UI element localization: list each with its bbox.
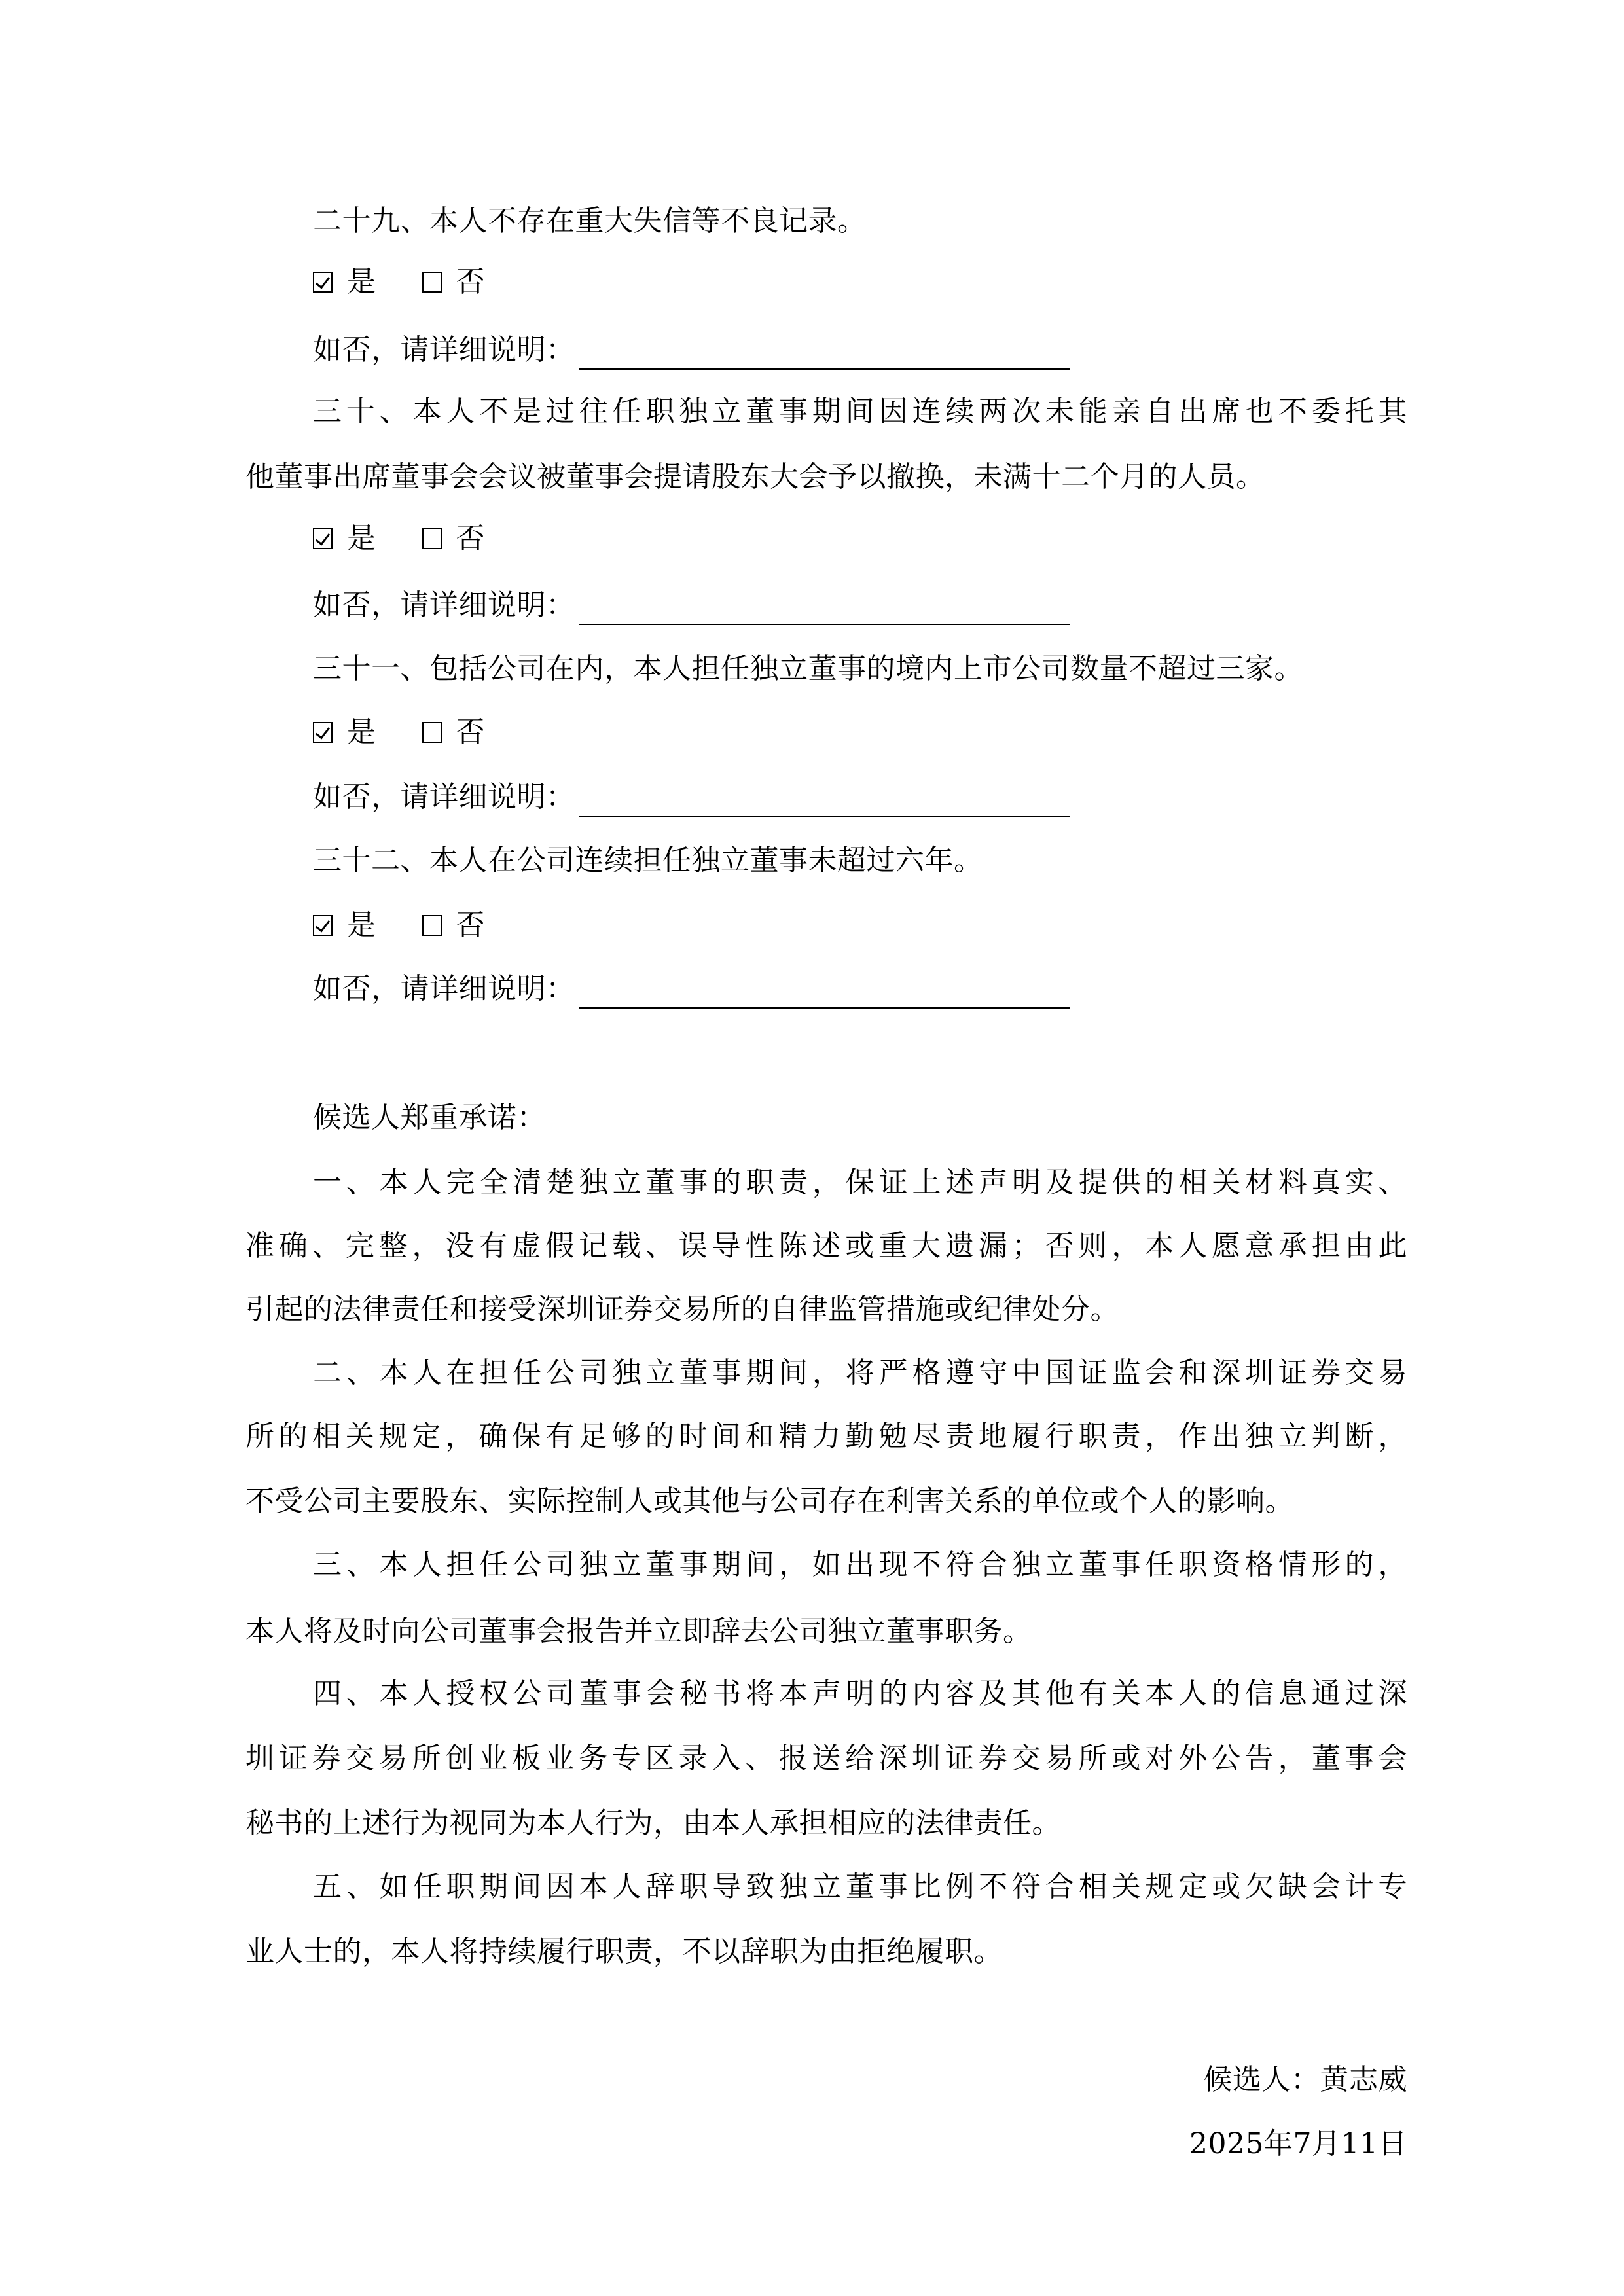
commitment-4-line-3: 秘书的上述行为视同为本人行为，由本人承担相应的法律责任。 [245, 1804, 1407, 1843]
signature-date: 2025年7月11日 [245, 2125, 1407, 2164]
commitment-5-line-1: 五、如任职期间因本人辞职导致独立董事比例不符合相关规定或欠缺会计专 [313, 1867, 1407, 1907]
checkbox-no-icon[interactable] [422, 272, 442, 293]
yes-label: 是 [347, 519, 376, 558]
commitment-5-line-2: 业人士的，本人将持续履行职责，不以辞职为由拒绝履职。 [245, 1932, 1407, 1971]
document-page: 二十九、本人不存在重大失信等不良记录。 是 否 如否，请详细说明： 三十、本人不… [0, 0, 1624, 2296]
declaration-30-text-line-1: 三十、本人不是过往任职独立董事期间因连续两次未能亲自出席也不委托其 [313, 392, 1407, 431]
explain-label: 如否，请详细说明： [313, 333, 575, 367]
no-label: 否 [456, 906, 486, 945]
explain-label: 如否，请详细说明： [313, 780, 575, 814]
declaration-31-options: 是 否 [313, 713, 1407, 752]
commitment-2-line-1: 二、本人在担任公司独立董事期间，将严格遵守中国证监会和深圳证券交易 [313, 1354, 1407, 1393]
commitment-4-line-2: 圳证券交易所创业板业务专区录入、报送给深圳证券交易所或对外公告，董事会 [245, 1739, 1407, 1778]
declaration-30-options: 是 否 [313, 519, 1407, 558]
declaration-31-text: 三十一、包括公司在内，本人担任独立董事的境内上市公司数量不超过三家。 [313, 649, 1407, 689]
explain-blank-field[interactable] [579, 598, 1070, 625]
commitment-2-line-3: 不受公司主要股东、实际控制人或其他与公司存在利害关系的单位或个人的影响。 [245, 1482, 1407, 1521]
checkbox-yes-checked-icon[interactable] [313, 915, 333, 936]
checkbox-yes-checked-icon[interactable] [313, 528, 333, 549]
commitment-1-line-1: 一、本人完全清楚独立董事的职责，保证上述声明及提供的相关材料真实、 [313, 1163, 1407, 1202]
declaration-29-explain: 如否，请详细说明： [313, 331, 1407, 370]
explain-blank-field[interactable] [579, 789, 1070, 817]
declaration-32-explain: 如否，请详细说明： [313, 969, 1407, 1009]
no-label: 否 [456, 519, 486, 558]
commitment-1-line-2: 准确、完整，没有虚假记载、误导性陈述或重大遗漏；否则，本人愿意承担由此 [245, 1227, 1407, 1266]
checkbox-no-icon[interactable] [422, 722, 442, 743]
checkbox-no-icon[interactable] [422, 528, 442, 549]
declaration-32-options: 是 否 [313, 906, 1407, 945]
commitment-4-line-1: 四、本人授权公司董事会秘书将本声明的内容及其他有关本人的信息通过深 [313, 1674, 1407, 1713]
declaration-32-text: 三十二、本人在公司连续担任独立董事未超过六年。 [313, 841, 1407, 880]
commitment-1-line-3: 引起的法律责任和接受深圳证券交易所的自律监管措施或纪律处分。 [245, 1290, 1407, 1329]
checkbox-yes-checked-icon[interactable] [313, 722, 333, 743]
yes-label: 是 [347, 713, 376, 752]
explain-label: 如否，请详细说明： [313, 972, 575, 1005]
yes-label: 是 [347, 262, 376, 302]
no-label: 否 [456, 713, 486, 752]
checkbox-no-icon[interactable] [422, 915, 442, 936]
candidate-signature: 候选人：黄志威 [245, 2060, 1407, 2100]
yes-label: 是 [347, 906, 376, 945]
no-label: 否 [456, 262, 486, 302]
declaration-31-explain: 如否，请详细说明： [313, 778, 1407, 817]
declaration-30-explain: 如否，请详细说明： [313, 586, 1407, 625]
commitment-heading: 候选人郑重承诺： [313, 1098, 1407, 1138]
explain-blank-field[interactable] [579, 342, 1070, 370]
commitment-3-line-1: 三、本人担任公司独立董事期间，如出现不符合独立董事任职资格情形的， [313, 1545, 1407, 1585]
declaration-30-text-line-2: 他董事出席董事会会议被董事会提请股东大会予以撤换，未满十二个月的人员。 [245, 457, 1407, 497]
declaration-29-text: 二十九、本人不存在重大失信等不良记录。 [313, 202, 1407, 241]
commitment-3-line-2: 本人将及时向公司董事会报告并立即辞去公司独立董事职务。 [245, 1612, 1407, 1651]
explain-label: 如否，请详细说明： [313, 588, 575, 622]
declaration-29-options: 是 否 [313, 262, 1407, 302]
explain-blank-field[interactable] [579, 981, 1070, 1009]
commitment-2-line-2: 所的相关规定，确保有足够的时间和精力勤勉尽责地履行职责，作出独立判断， [245, 1417, 1407, 1456]
checkbox-yes-checked-icon[interactable] [313, 272, 333, 293]
